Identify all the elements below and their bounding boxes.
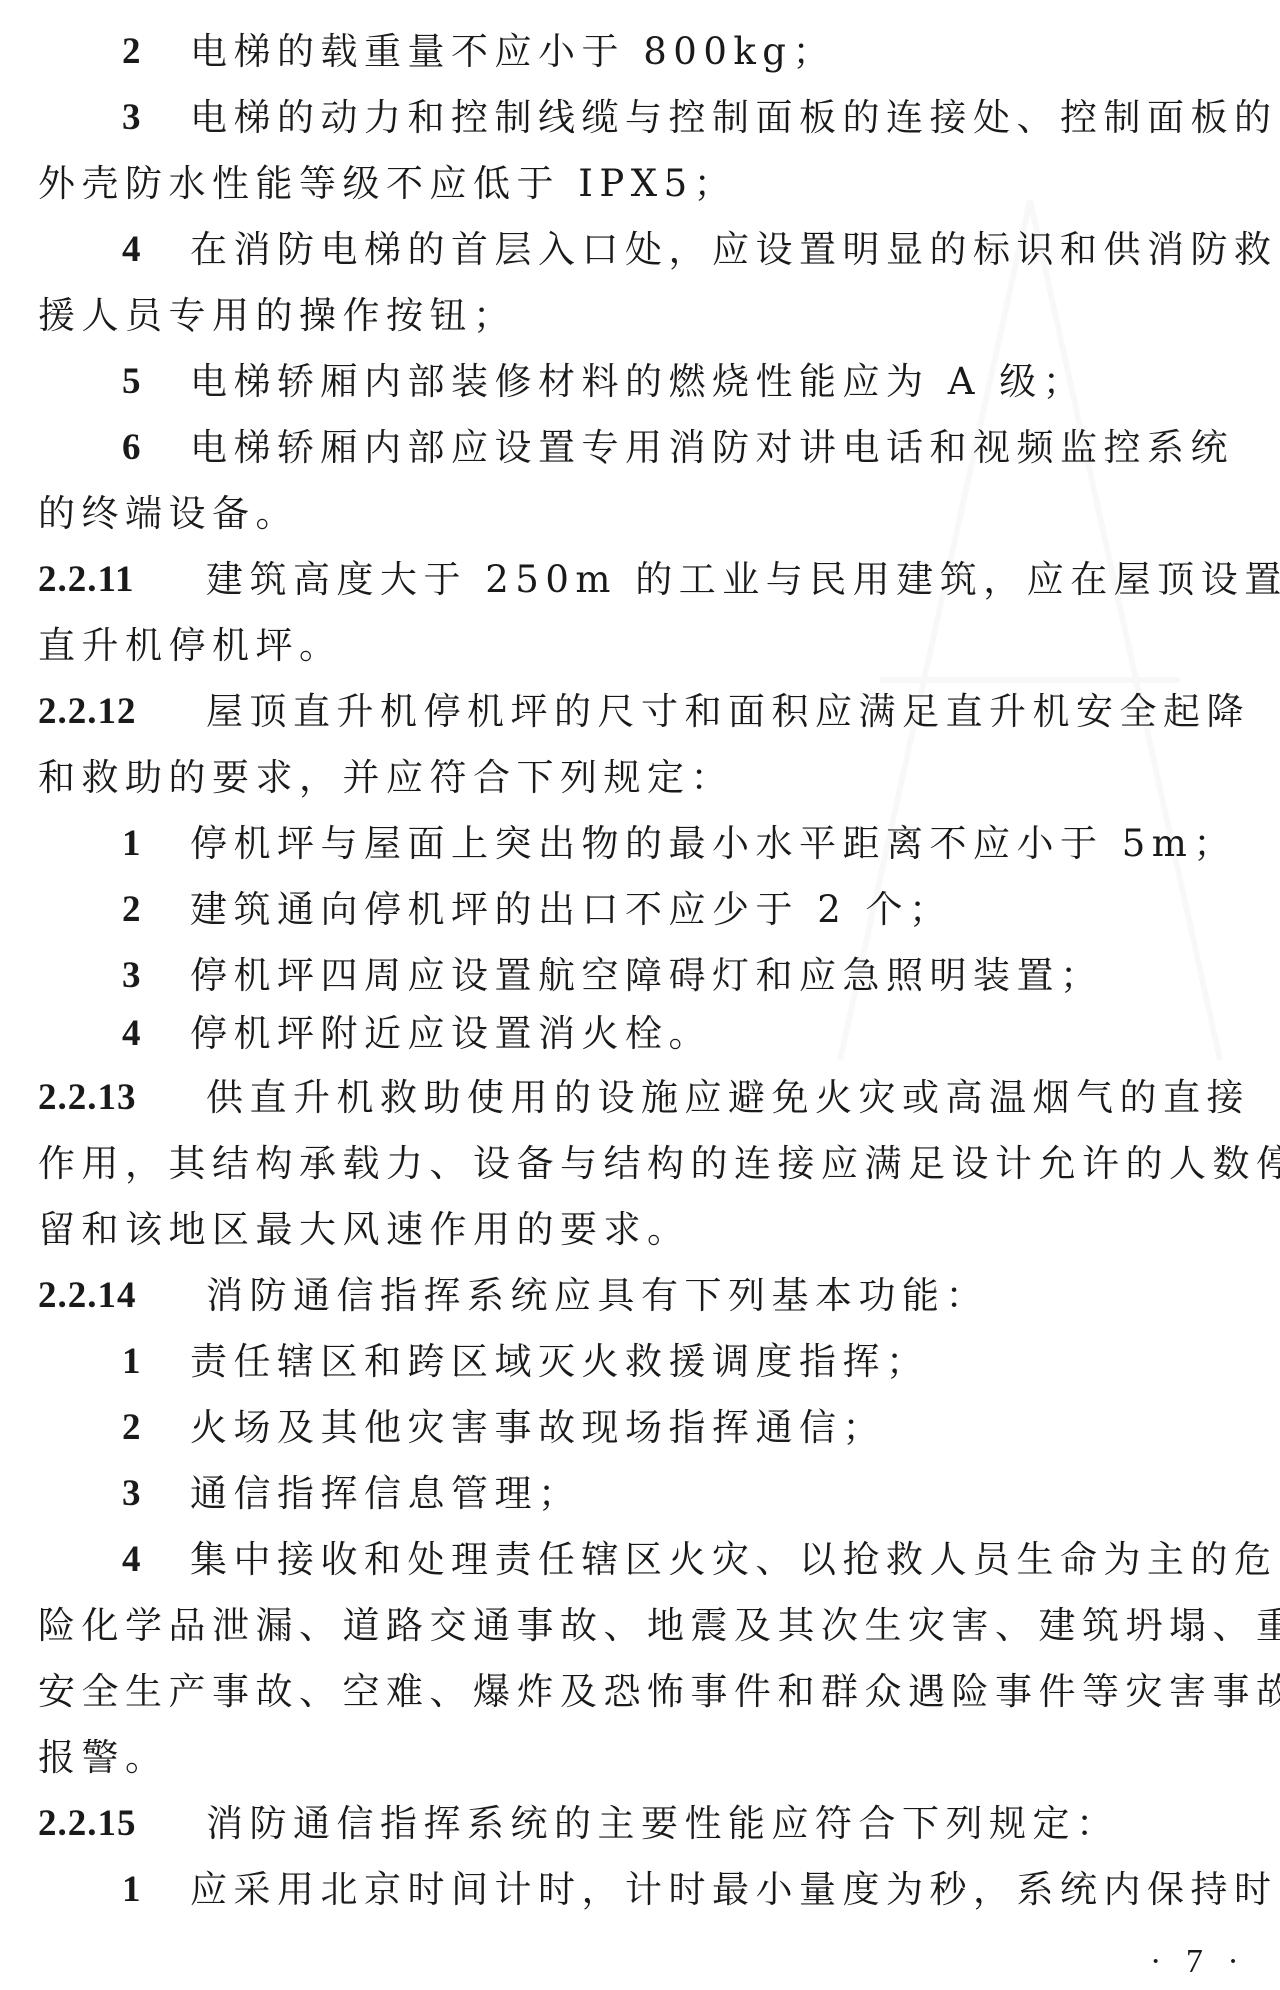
list-item: 4 停机坪附近应设置消火栓。 (0, 1001, 1280, 1067)
item-number: 4 (122, 217, 141, 283)
continuation-text: 的终端设备。 (38, 481, 299, 547)
continuation-line: 的终端设备。 (0, 481, 1280, 547)
item-number: 4 (122, 1527, 141, 1593)
list-item: 1 责任辖区和跨区域灭火救援调度指挥； (0, 1329, 1280, 1395)
item-text: 在消防电梯的首层入口处，应设置明显的标识和供消防救 (190, 217, 1278, 283)
item-text: 责任辖区和跨区域灭火救援调度指挥； (190, 1329, 930, 1395)
continuation-text: 报警。 (38, 1725, 169, 1791)
clause-heading: 2.2.12 屋顶直升机停机坪的尺寸和面积应满足直升机安全起降 (0, 679, 1280, 745)
continuation-line: 直升机停机坪。 (0, 613, 1280, 679)
continuation-text: 险化学品泄漏、道路交通事故、地震及其次生灾害、建筑坍塌、重大 (38, 1593, 1280, 1659)
item-number: 1 (122, 1329, 141, 1395)
item-text: 电梯的动力和控制线缆与控制面板的连接处、控制面板的 (190, 85, 1278, 151)
continuation-text: 安全生产事故、空难、爆炸及恐怖事件和群众遇险事件等灾害事故 (38, 1659, 1280, 1725)
item-text: 电梯轿厢内部装修材料的燃烧性能应为 A 级； (190, 349, 1086, 415)
item-text: 停机坪与屋面上突出物的最小水平距离不应小于 5m； (190, 811, 1237, 877)
clause-text: 建筑高度大于 250m 的工业与民用建筑，应在屋顶设置 (206, 547, 1280, 613)
item-number: 6 (122, 415, 141, 481)
item-text: 建筑通向停机坪的出口不应少于 2 个； (190, 877, 953, 943)
clause-number: 2.2.12 (38, 679, 137, 745)
continuation-line: 报警。 (0, 1725, 1280, 1791)
document-page: 2 电梯的载重量不应小于 800kg； 3 电梯的动力和控制线缆与控制面板的连接… (0, 0, 1280, 1990)
continuation-line: 安全生产事故、空难、爆炸及恐怖事件和群众遇险事件等灾害事故 (0, 1659, 1280, 1725)
continuation-text: 作用，其结构承载力、设备与结构的连接应满足设计允许的人数停 (38, 1131, 1280, 1197)
clause-number: 2.2.13 (38, 1065, 137, 1131)
item-text: 电梯轿厢内部应设置专用消防对讲电话和视频监控系统 (190, 415, 1234, 481)
continuation-text: 和救助的要求，并应符合下列规定： (38, 745, 734, 811)
item-number: 5 (122, 349, 141, 415)
item-text: 电梯的载重量不应小于 800kg； (190, 19, 836, 85)
list-item: 1 停机坪与屋面上突出物的最小水平距离不应小于 5m； (0, 811, 1280, 877)
list-item: 5 电梯轿厢内部装修材料的燃烧性能应为 A 级； (0, 349, 1280, 415)
continuation-line: 援人员专用的操作按钮； (0, 283, 1280, 349)
clause-text: 消防通信指挥系统的主要性能应符合下列规定： (206, 1791, 1120, 1857)
list-item: 3 通信指挥信息管理； (0, 1461, 1280, 1527)
list-item: 3 电梯的动力和控制线缆与控制面板的连接处、控制面板的 (0, 85, 1280, 151)
clause-number: 2.2.11 (38, 547, 134, 613)
list-item: 2 火场及其他灾害事故现场指挥通信； (0, 1395, 1280, 1461)
continuation-line: 和救助的要求，并应符合下列规定： (0, 745, 1280, 811)
item-text: 应采用北京时间计时，计时最小量度为秒，系统内保持时 (190, 1857, 1278, 1923)
list-item: 6 电梯轿厢内部应设置专用消防对讲电话和视频监控系统 (0, 415, 1280, 481)
item-number: 3 (122, 85, 141, 151)
continuation-line: 作用，其结构承载力、设备与结构的连接应满足设计允许的人数停 (0, 1131, 1280, 1197)
continuation-text: 直升机停机坪。 (38, 613, 343, 679)
item-number: 2 (122, 877, 141, 943)
item-text: 通信指挥信息管理； (190, 1461, 582, 1527)
clause-number: 2.2.15 (38, 1791, 137, 1857)
item-number: 3 (122, 1461, 141, 1527)
continuation-text: 援人员专用的操作按钮； (38, 283, 517, 349)
clause-heading: 2.2.15 消防通信指挥系统的主要性能应符合下列规定： (0, 1791, 1280, 1857)
item-text: 停机坪四周应设置航空障碍灯和应急照明装置； (190, 943, 1104, 1009)
continuation-line: 留和该地区最大风速作用的要求。 (0, 1197, 1280, 1263)
item-text: 停机坪附近应设置消火栓。 (190, 1001, 712, 1067)
item-number: 4 (122, 1001, 141, 1067)
item-number: 1 (122, 811, 141, 877)
list-item: 2 电梯的载重量不应小于 800kg； (0, 19, 1280, 85)
list-item: 4 在消防电梯的首层入口处，应设置明显的标识和供消防救 (0, 217, 1280, 283)
continuation-text: 留和该地区最大风速作用的要求。 (38, 1197, 691, 1263)
item-text: 集中接收和处理责任辖区火灾、以抢救人员生命为主的危 (190, 1527, 1278, 1593)
clause-text: 供直升机救助使用的设施应避免火灾或高温烟气的直接 (206, 1065, 1250, 1131)
list-item: 1 应采用北京时间计时，计时最小量度为秒，系统内保持时 (0, 1857, 1280, 1923)
continuation-line: 外壳防水性能等级不应低于 IPX5； (0, 151, 1280, 217)
item-text: 火场及其他灾害事故现场指挥通信； (190, 1395, 886, 1461)
item-number: 2 (122, 1395, 141, 1461)
list-item: 2 建筑通向停机坪的出口不应少于 2 个； (0, 877, 1280, 943)
clause-text: 屋顶直升机停机坪的尺寸和面积应满足直升机安全起降 (206, 679, 1250, 745)
list-item: 3 停机坪四周应设置航空障碍灯和应急照明装置； (0, 943, 1280, 1009)
clause-heading: 2.2.11 建筑高度大于 250m 的工业与民用建筑，应在屋顶设置 (0, 547, 1280, 613)
clause-heading: 2.2.13 供直升机救助使用的设施应避免火灾或高温烟气的直接 (0, 1065, 1280, 1131)
item-number: 3 (122, 943, 141, 1009)
item-number: 1 (122, 1857, 141, 1923)
clause-heading: 2.2.14 消防通信指挥系统应具有下列基本功能： (0, 1263, 1280, 1329)
item-number: 2 (122, 19, 141, 85)
list-item: 4 集中接收和处理责任辖区火灾、以抢救人员生命为主的危 (0, 1527, 1280, 1593)
clause-text: 消防通信指挥系统应具有下列基本功能： (206, 1263, 989, 1329)
clause-number: 2.2.14 (38, 1263, 137, 1329)
continuation-text: 外壳防水性能等级不应低于 IPX5； (38, 151, 737, 217)
continuation-line: 险化学品泄漏、道路交通事故、地震及其次生灾害、建筑坍塌、重大 (0, 1593, 1280, 1659)
page-number: · 7 · (1150, 1935, 1247, 1989)
